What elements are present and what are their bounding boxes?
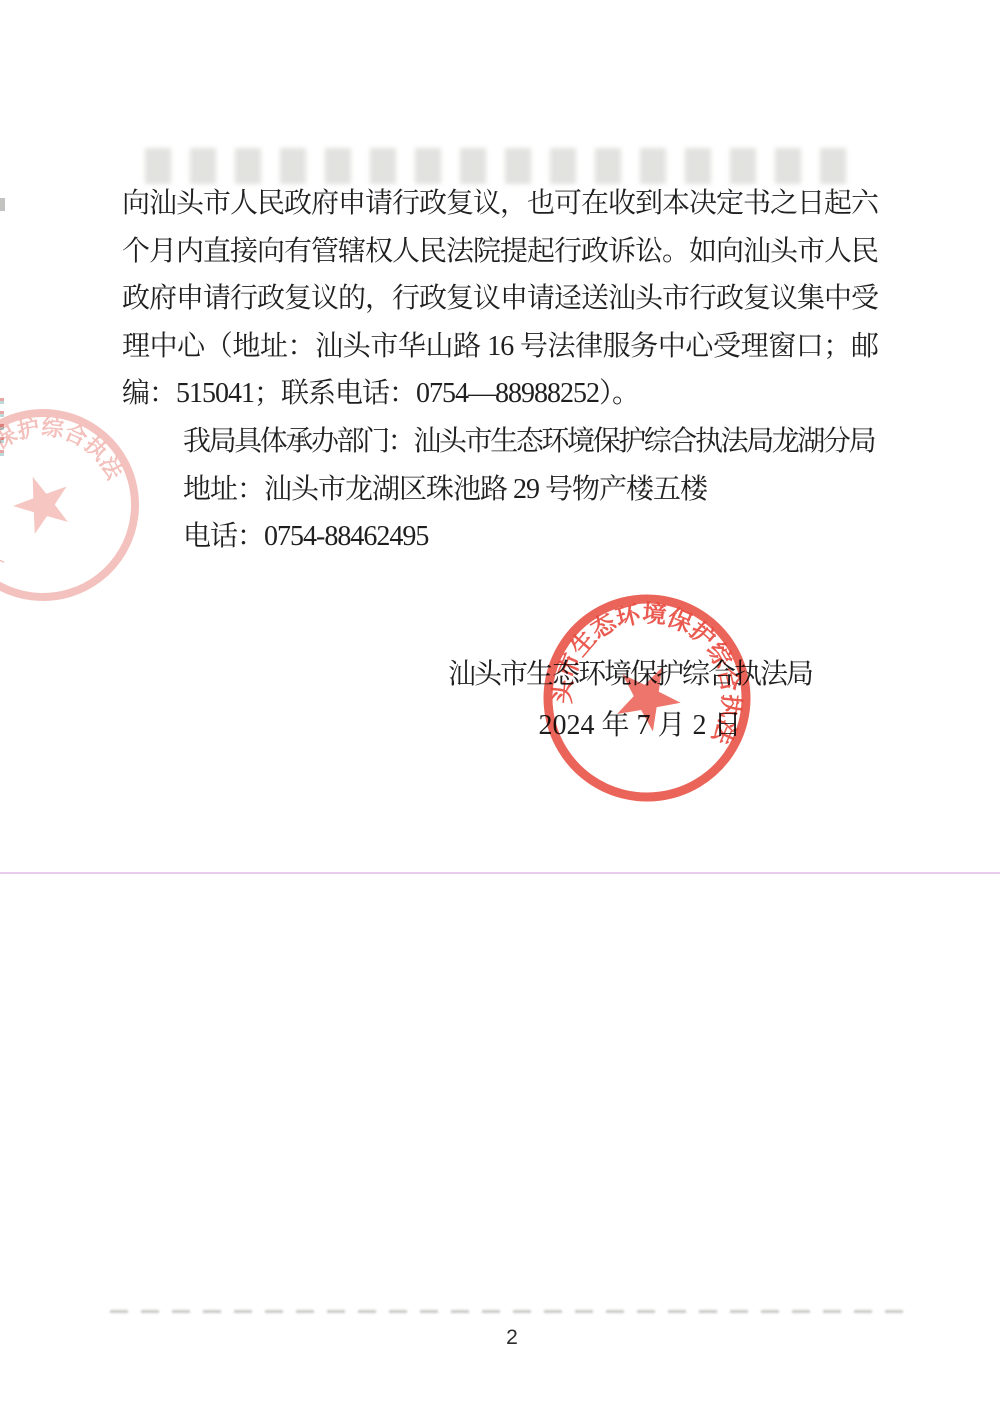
seal-star-icon — [6, 467, 78, 538]
body-line: 我局具体承办部门：汕头市生态环境保护综合执法局龙湖分局 — [122, 418, 878, 466]
scan-smudge-line — [110, 1310, 910, 1313]
document-body: 向汕头市人民政府申请行政复议，也可在收到本决定书之日起六 个月内直接向有管辖权人… — [122, 180, 878, 561]
official-seal: 汕头市生态环境保护综合执法局 — [508, 559, 787, 838]
body-line: 向汕头市人民政府申请行政复议，也可在收到本决定书之日起六 — [122, 180, 878, 228]
bleed-through-artifact — [145, 148, 865, 184]
body-line: 理中心（地址：汕头市华山路 16 号法律服务中心受理窗口；邮 — [122, 323, 878, 371]
seal-star-icon — [606, 653, 691, 737]
body-line: 政府申请行政复议的，行政复议申请迳送汕头市行政复议集中受 — [122, 275, 878, 323]
page-number: 2 — [482, 1326, 542, 1350]
scanned-document-page: 向汕头市人民政府申请行政复议，也可在收到本决定书之日起六 个月内直接向有管辖权人… — [0, 0, 1000, 1414]
body-line: 编：515041；联系电话：0754—88988252）。 — [122, 370, 878, 418]
body-line: 地址：汕头市龙湖区珠池路 29 号物产楼五楼 — [122, 466, 878, 514]
scan-edge-mark — [0, 198, 5, 211]
body-line: 个月内直接向有管辖权人民法院提起行政诉讼。如向汕头市人民 — [122, 228, 878, 276]
scan-artifact-line — [0, 872, 1000, 874]
body-line: 电话：0754-88462495 — [122, 513, 878, 561]
